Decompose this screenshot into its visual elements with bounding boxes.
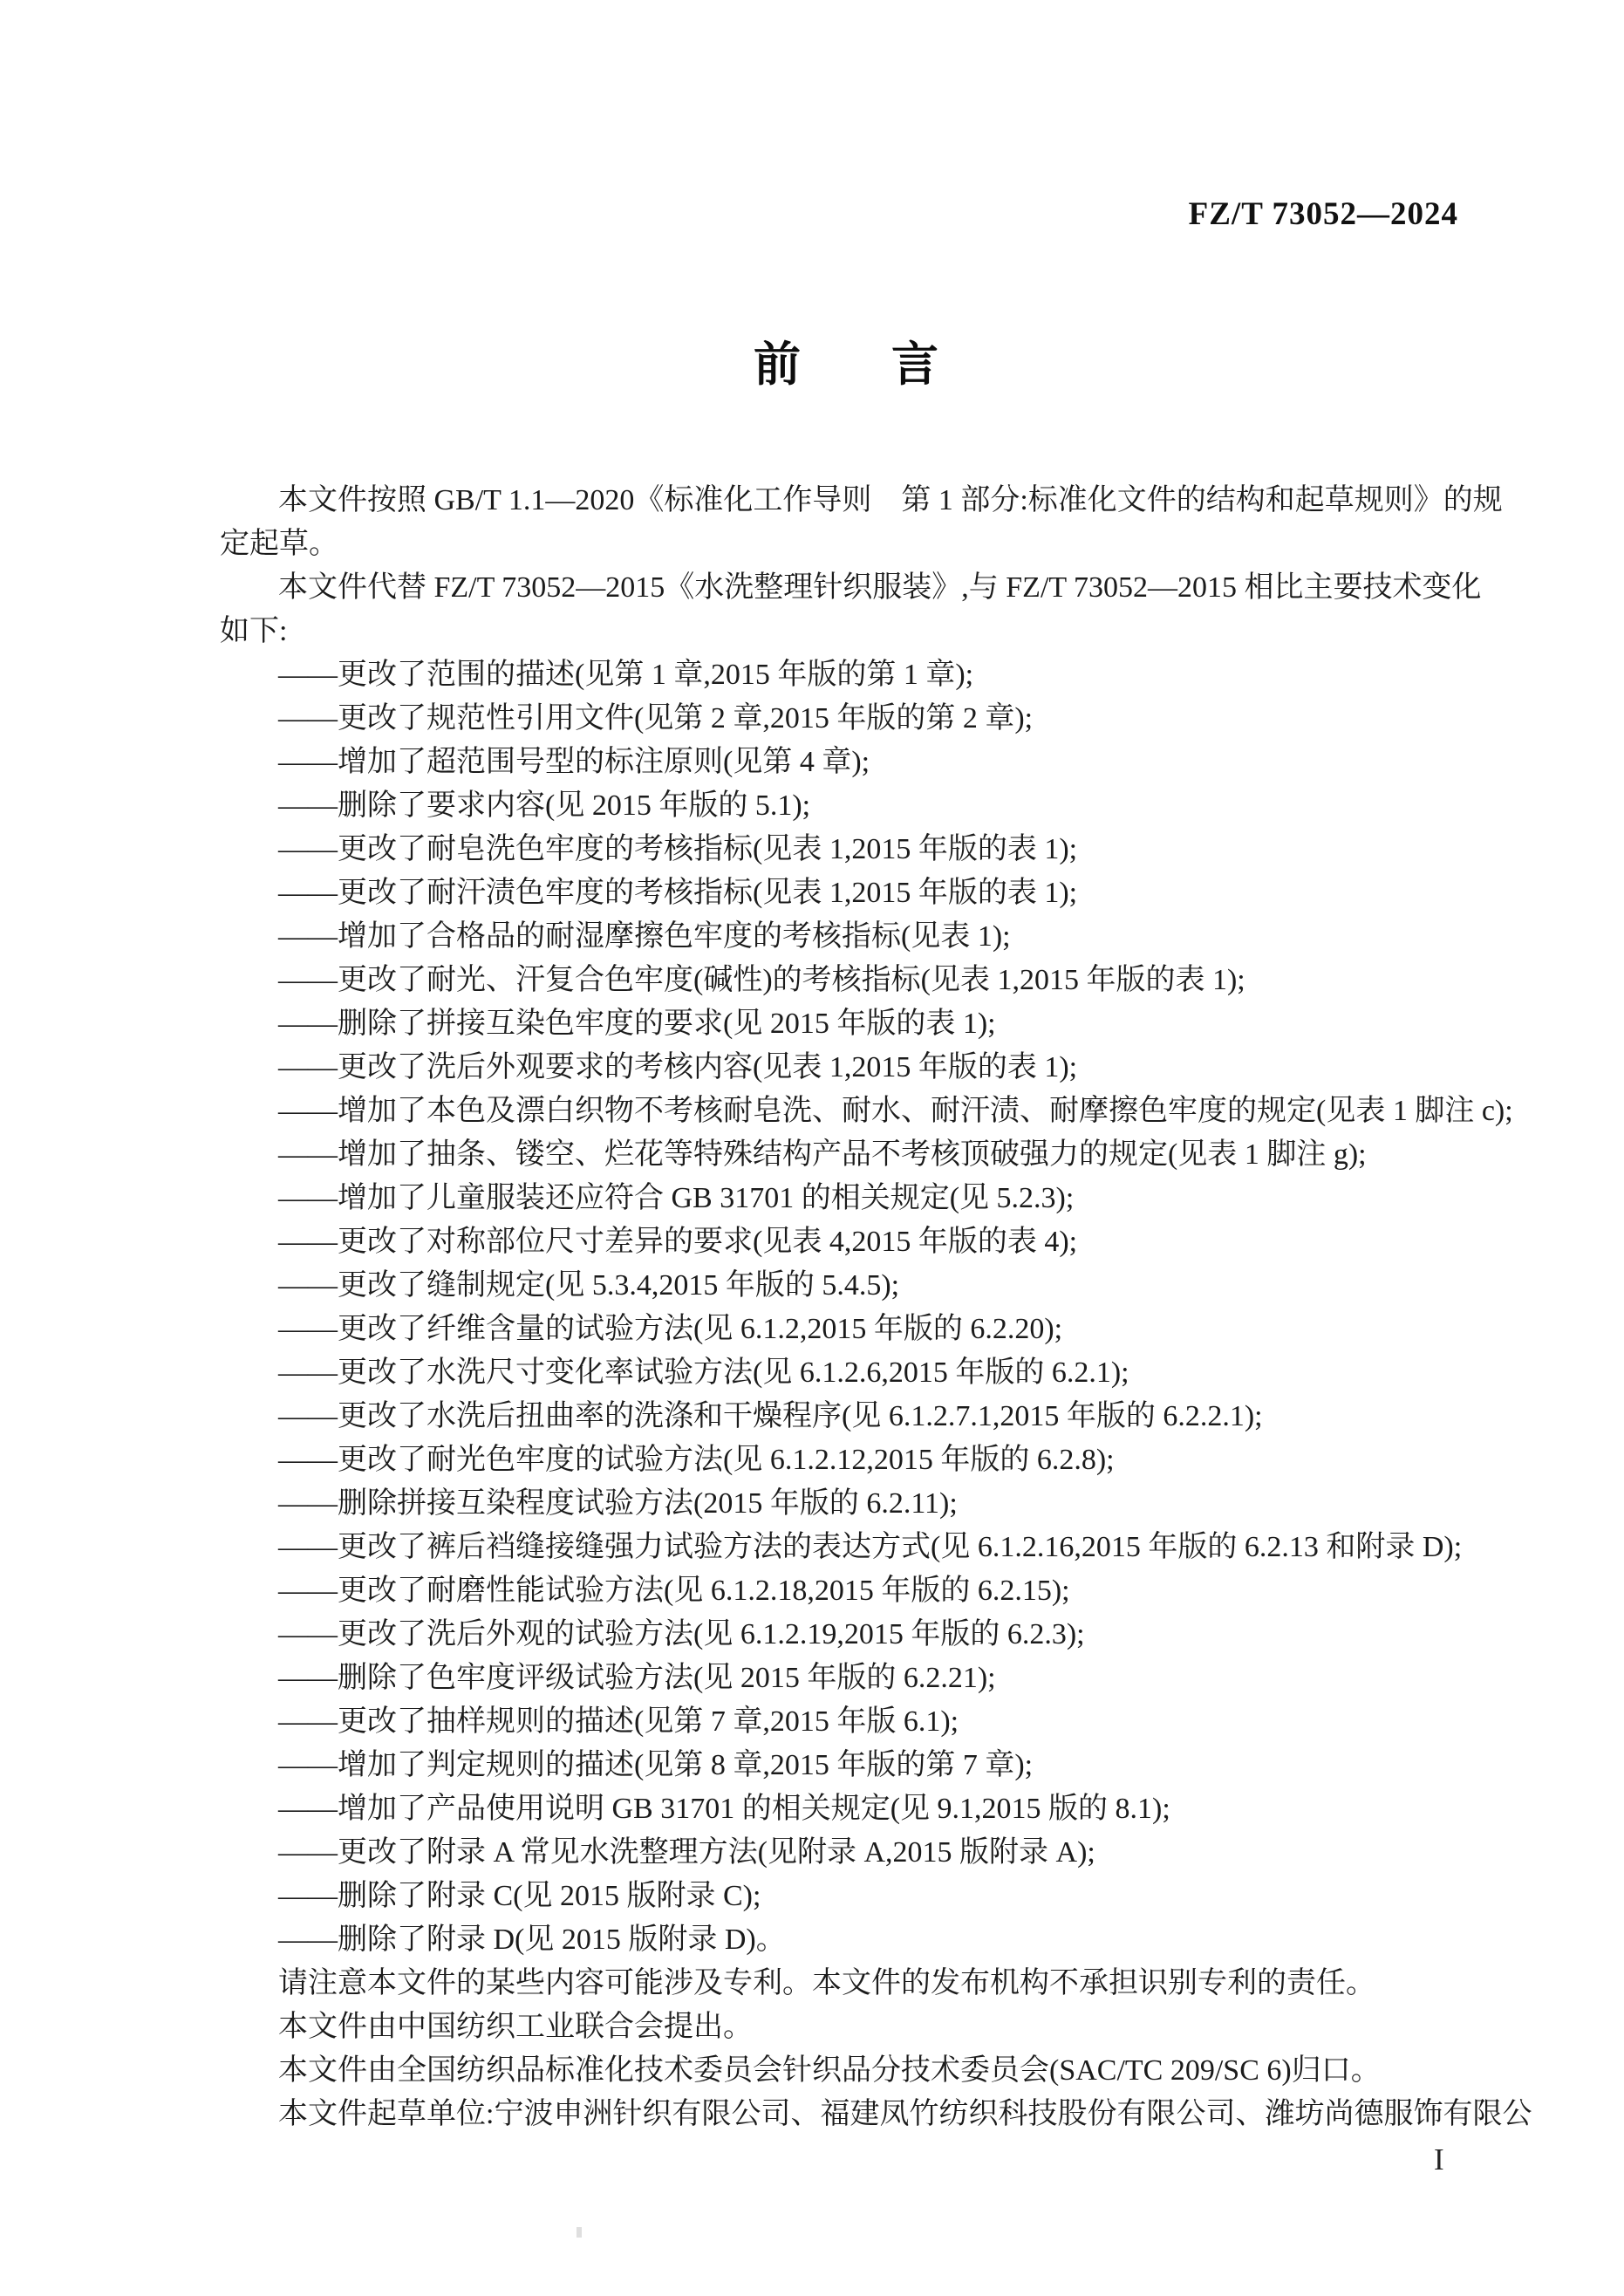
change-item: ——更改了缝制规定(见 5.3.4,2015 年版的 5.4.5); [220,1264,1483,1308]
change-item: ——更改了纤维含量的试验方法(见 6.1.2,2015 年版的 6.2.20); [220,1308,1483,1351]
change-item: ——更改了抽样规则的描述(见第 7 章,2015 年版 6.1); [220,1700,1483,1744]
change-item: ——更改了水洗后扭曲率的洗涤和干燥程序(见 6.1.2.7.1,2015 年版的… [220,1395,1483,1438]
change-item: ——删除了拼接互染色牢度的要求(见 2015 年版的表 1); [220,1002,1483,1046]
change-item: ——增加了判定规则的描述(见第 8 章,2015 年版的第 7 章); [220,1744,1483,1787]
change-item: ——更改了耐光色牢度的试验方法(见 6.1.2.12,2015 年版的 6.2.… [220,1438,1483,1482]
change-item: ——更改了裤后裆缝接缝强力试验方法的表达方式(见 6.1.2.16,2015 年… [220,1526,1483,1569]
change-item: ——更改了洗后外观的试验方法(见 6.1.2.19,2015 年版的 6.2.3… [220,1613,1483,1657]
change-item: ——增加了儿童服装还应符合 GB 31701 的相关规定(见 5.2.3); [220,1177,1483,1220]
page-number: I [1434,2142,1444,2177]
change-item: ——增加了抽条、镂空、烂花等特殊结构产品不考核顶破强力的规定(见表 1 脚注 g… [220,1133,1483,1177]
change-item: ——删除了色牢度评级试验方法(见 2015 年版的 6.2.21); [220,1657,1483,1700]
closing-paragraph: 请注意本文件的某些内容可能涉及专利。本文件的发布机构不承担识别专利的责任。 [220,1962,1483,2006]
change-item: ——更改了附录 A 常见水洗整理方法(见附录 A,2015 版附录 A); [220,1831,1483,1875]
change-item: ——更改了洗后外观要求的考核内容(见表 1,2015 年版的表 1); [220,1046,1483,1090]
closing-paragraph: 本文件起草单位:宁波申洲针织有限公司、福建凤竹纺织科技股份有限公司、潍坊尚德服饰… [220,2093,1483,2136]
change-item: ——删除了要求内容(见 2015 年版的 5.1); [220,784,1483,828]
intro-paragraph-line: 如下: [220,610,1483,653]
change-item: ——更改了耐磨性能试验方法(见 6.1.2.18,2015 年版的 6.2.15… [220,1569,1483,1613]
change-item: ——增加了本色及漂白织物不考核耐皂洗、耐水、耐汗渍、耐摩擦色牢度的规定(见表 1… [220,1090,1483,1133]
change-item: ——更改了耐光、汗复合色牢度(碱性)的考核指标(见表 1,2015 年版的表 1… [220,959,1483,1002]
change-item: ——更改了水洗尺寸变化率试验方法(见 6.1.2.6,2015 年版的 6.2.… [220,1351,1483,1395]
change-item: ——增加了合格品的耐湿摩擦色牢度的考核指标(见表 1); [220,915,1483,959]
title-char-right: 言 [891,338,938,391]
document-page: FZ/T 73052—2024 前 言 本文件按照 GB/T 1.1—2020《… [0,0,1624,2296]
title-char-left: 前 [754,338,801,391]
foreword-body: 本文件按照 GB/T 1.1—2020《标准化工作导则 第 1 部分:标准化文件… [220,479,1483,2136]
change-item: ——更改了耐汗渍色牢度的考核指标(见表 1,2015 年版的表 1); [220,871,1483,915]
change-item: ——删除了附录 C(见 2015 版附录 C); [220,1875,1483,1918]
change-item: ——删除拼接互染程度试验方法(2015 年版的 6.2.11); [220,1482,1483,1526]
scan-artifact-dot [577,2227,582,2238]
closing-paragraph: 本文件由全国纺织品标准化技术委员会针织品分技术委员会(SAC/TC 209/SC… [220,2049,1483,2093]
standard-code: FZ/T 73052—2024 [1189,195,1458,233]
change-item: ——删除了附录 D(见 2015 版附录 D)。 [220,1918,1483,1962]
change-item: ——增加了产品使用说明 GB 31701 的相关规定(见 9.1,2015 版的… [220,1787,1483,1831]
change-item: ——更改了耐皂洗色牢度的考核指标(见表 1,2015 年版的表 1); [220,828,1483,871]
change-item: ——更改了规范性引用文件(见第 2 章,2015 年版的第 2 章); [220,697,1483,741]
change-item: ——更改了对称部位尺寸差异的要求(见表 4,2015 年版的表 4); [220,1220,1483,1264]
intro-paragraph-line: 本文件代替 FZ/T 73052—2015《水洗整理针织服装》,与 FZ/T 7… [220,566,1483,610]
change-item: ——增加了超范围号型的标注原则(见第 4 章); [220,741,1483,784]
change-item: ——更改了范围的描述(见第 1 章,2015 年版的第 1 章); [220,653,1483,697]
intro-paragraph-line: 定起草。 [220,523,1483,566]
closing-paragraph: 本文件由中国纺织工业联合会提出。 [220,2006,1483,2049]
page-title: 前 言 [218,338,1474,391]
intro-paragraph-line: 本文件按照 GB/T 1.1—2020《标准化工作导则 第 1 部分:标准化文件… [220,479,1483,523]
